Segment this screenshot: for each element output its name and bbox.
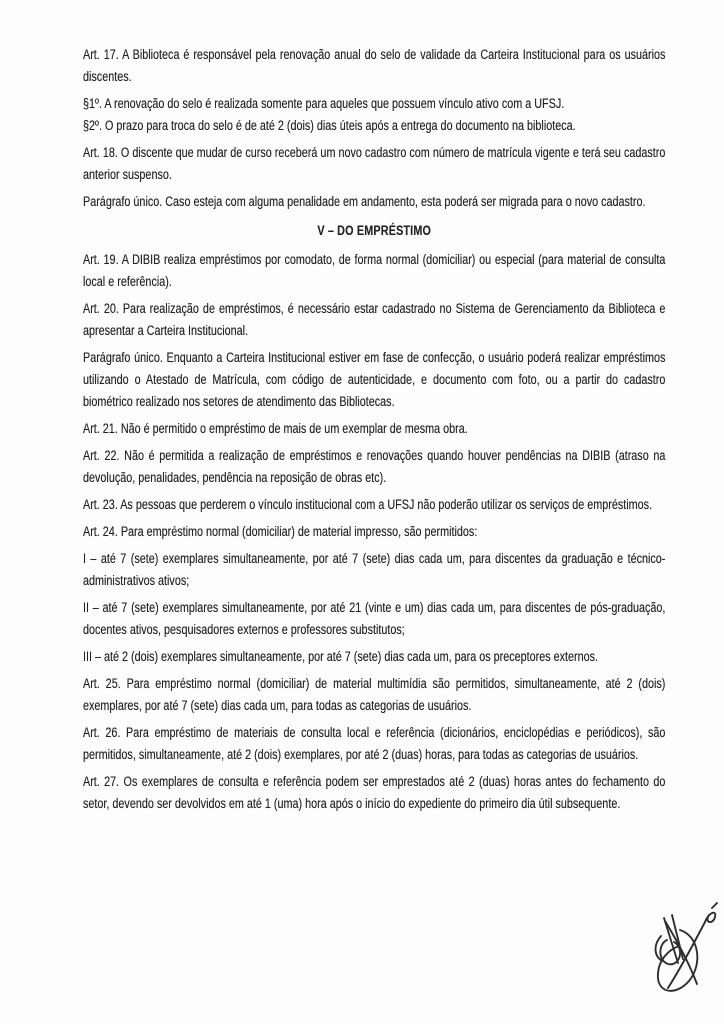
paragraph-section2: §2º. O prazo para troca do selo é de até… — [83, 115, 665, 137]
paragraph-art-17: Art. 17. A Biblioteca é responsável pela… — [83, 44, 665, 88]
paragraph-art-18: Art. 18. O discente que mudar de curso r… — [83, 142, 665, 186]
handwritten-signature-icon — [636, 896, 720, 1020]
paragraph-art-19: Art. 19. A DIBIB realiza empréstimos por… — [83, 249, 665, 293]
paragraph-art-22: Art. 22. Não é permitida a realização de… — [83, 445, 665, 489]
document-body: Art. 17. A Biblioteca é responsável pela… — [83, 44, 665, 820]
paragraph-art-25: Art. 25. Para empréstimo normal (domicil… — [83, 673, 665, 717]
paragraph-art-24: Art. 24. Para empréstimo normal (domicil… — [83, 521, 665, 543]
paragraph-unico-art-18: Parágrafo único. Caso esteja com alguma … — [83, 191, 665, 213]
paragraph-art-23: Art. 23. As pessoas que perderem o víncu… — [83, 494, 665, 516]
section-heading-v-do-emprestimo: V – DO EMPRÉSTIMO — [83, 220, 665, 242]
paragraph-item-i: I – até 7 (sete) exemplares simultaneame… — [83, 548, 665, 592]
paragraph-section1: §1º. A renovação do selo é realizada som… — [83, 93, 665, 115]
paragraph-art-26: Art. 26. Para empréstimo de materiais de… — [83, 722, 665, 766]
paragraph-art-27: Art. 27. Os exemplares de consulta e ref… — [83, 771, 665, 815]
paragraph-item-ii: II – até 7 (sete) exemplares simultaneam… — [83, 597, 665, 641]
paragraph-item-iii: III – até 2 (dois) exemplares simultanea… — [83, 646, 665, 668]
paragraph-unico-art-20: Parágrafo único. Enquanto a Carteira Ins… — [83, 347, 665, 413]
scanned-document-page: Art. 17. A Biblioteca é responsável pela… — [0, 0, 724, 1024]
paragraph-art-21: Art. 21. Não é permitido o empréstimo de… — [83, 418, 665, 440]
paragraph-art-20: Art. 20. Para realização de empréstimos,… — [83, 298, 665, 342]
